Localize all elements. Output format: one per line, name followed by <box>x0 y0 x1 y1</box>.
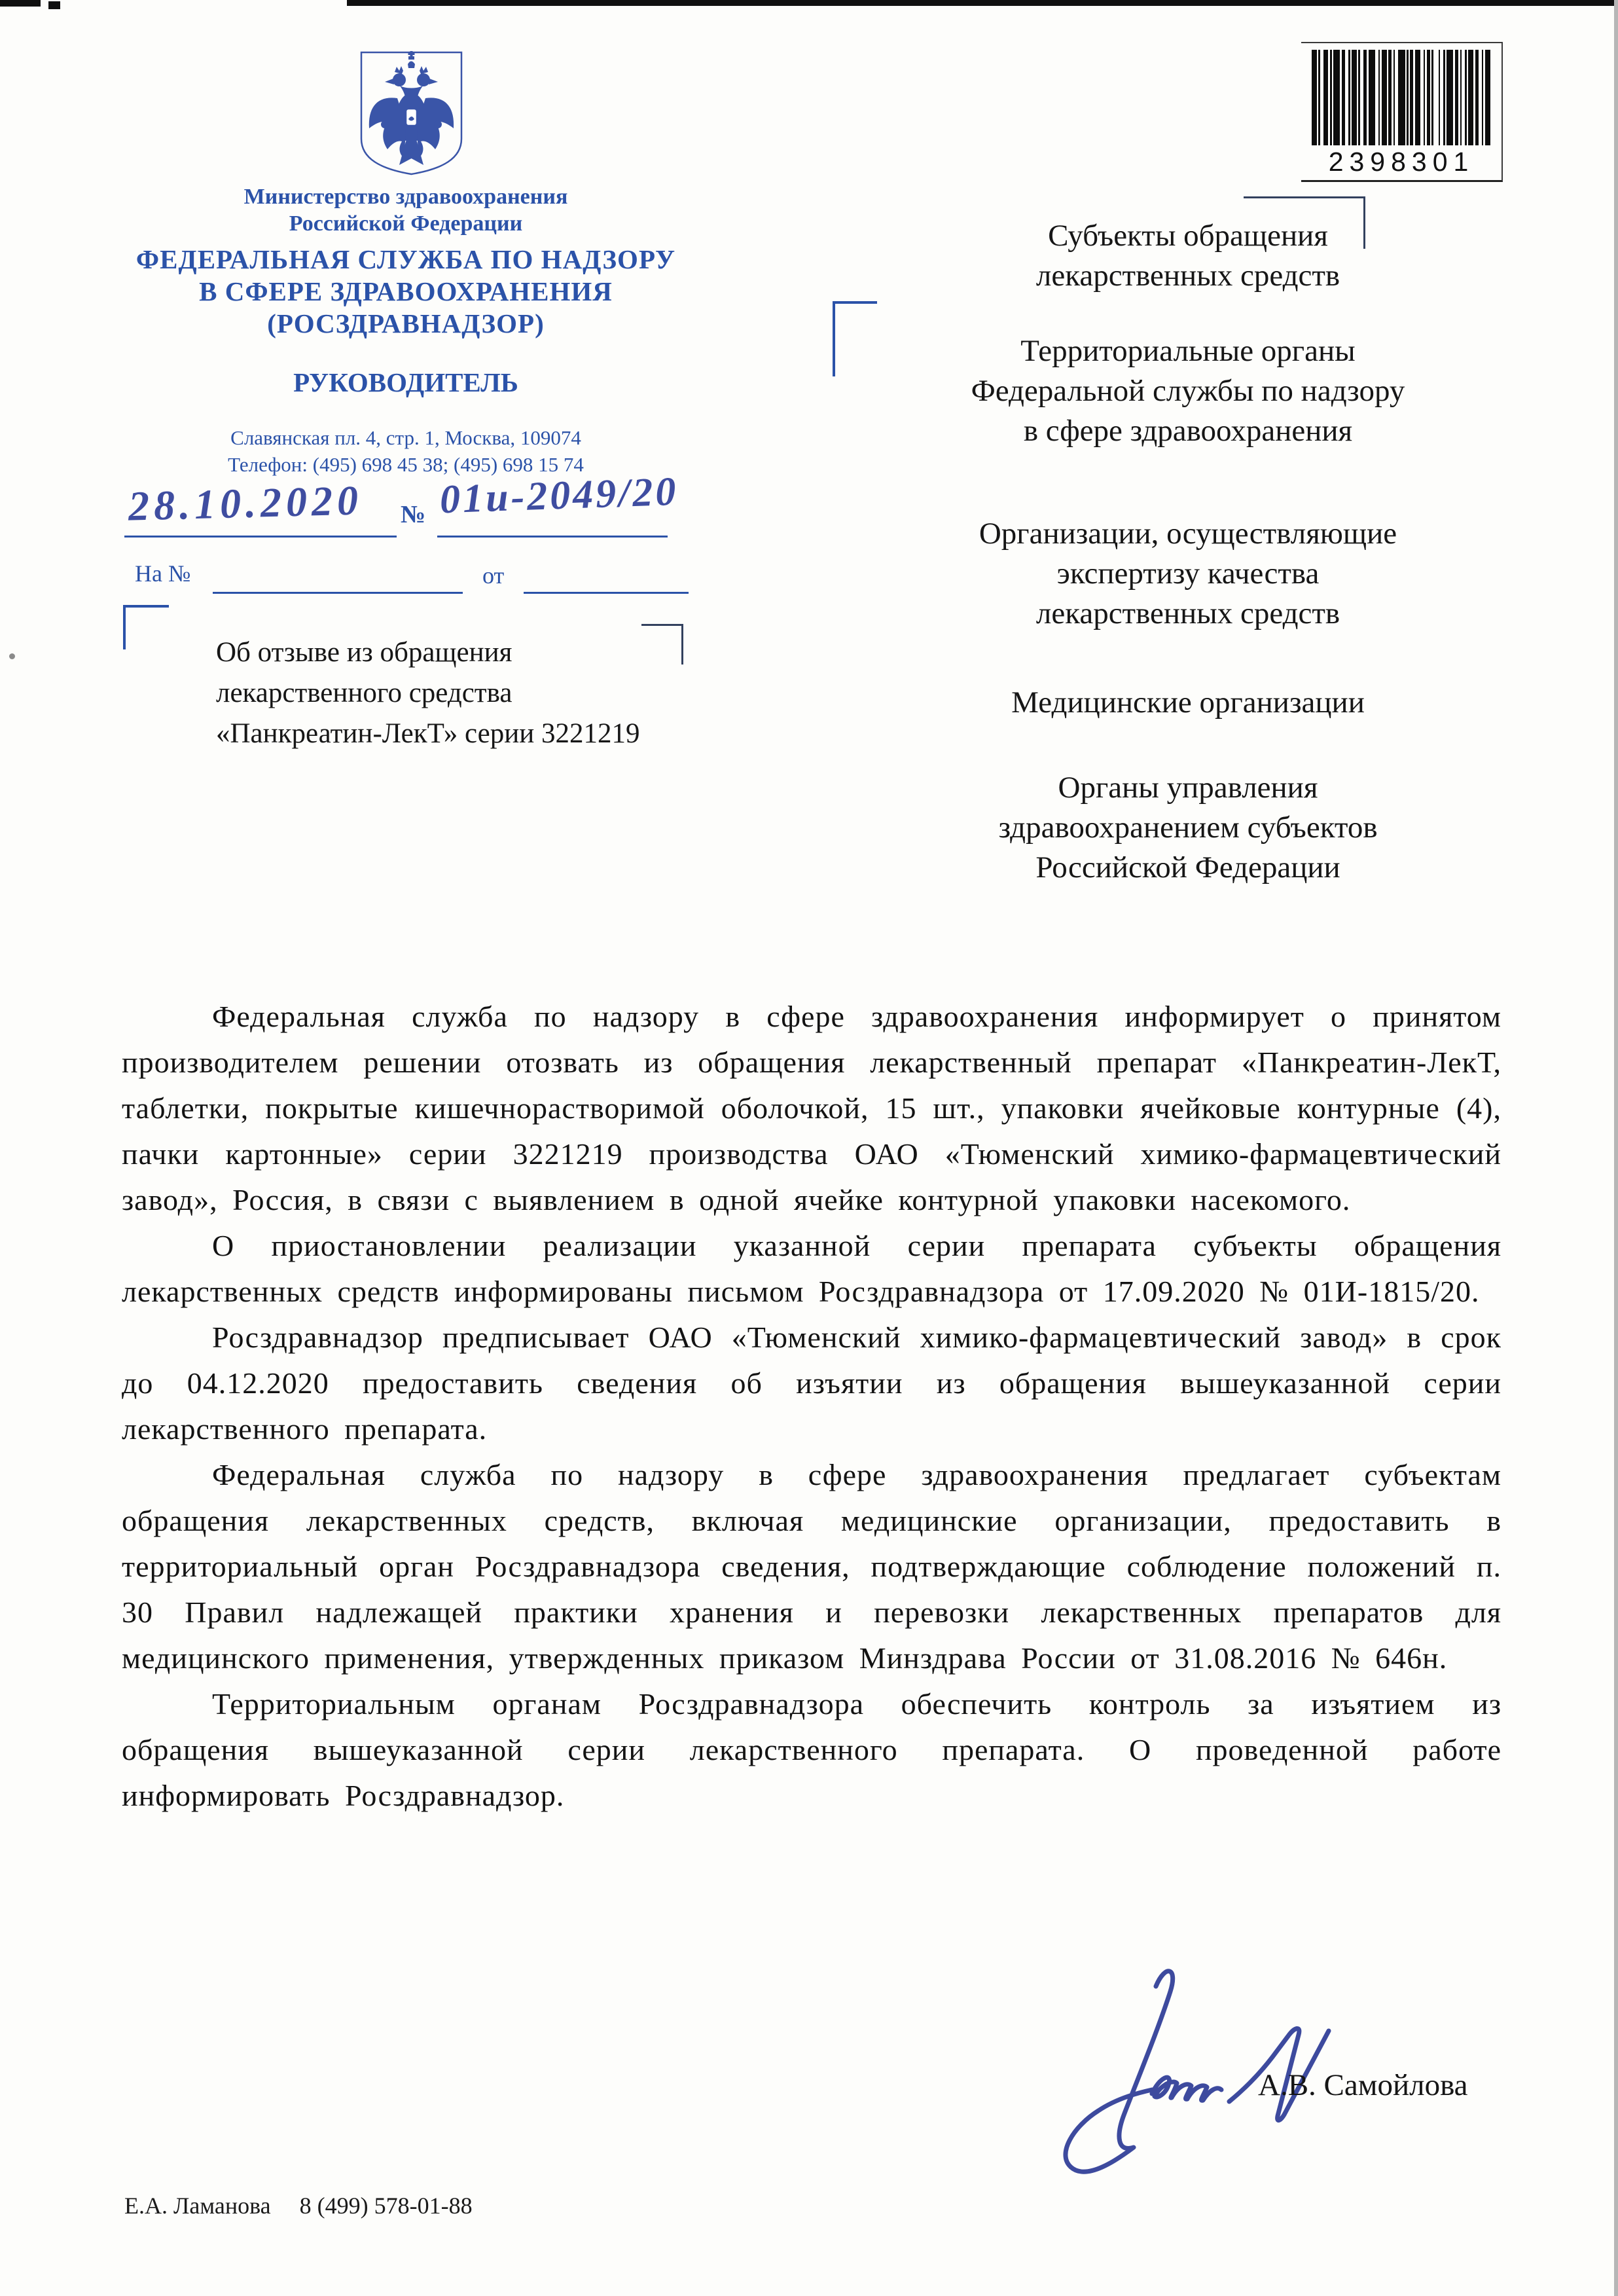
scan-artifact <box>347 0 1618 6</box>
scan-artifact <box>1614 0 1618 2296</box>
document-page: 2398301 Министерство здравоохранения Рос… <box>0 0 1618 2296</box>
barcode-bars <box>1312 50 1491 145</box>
body-paragraph: О приостановлении реализации указанной с… <box>122 1223 1501 1315</box>
ministry-name: Министерство здравоохранения Российской … <box>111 183 700 237</box>
corner-mark <box>123 605 126 649</box>
executor-line: Е.А. Ламанова8 (499) 578-01-88 <box>124 2192 473 2219</box>
number-underline <box>437 536 668 538</box>
recipient-group: Организации, осуществляющие экспертизу к… <box>900 514 1476 634</box>
corner-mark <box>641 624 683 626</box>
barcode: 2398301 <box>1301 42 1503 182</box>
corner-mark <box>833 301 877 304</box>
recipient-group: Субъекты обращения лекарственных средств <box>900 216 1476 296</box>
corner-mark <box>833 301 835 376</box>
reply-date-underline <box>524 592 689 594</box>
handwritten-date: 28.10.2020 <box>128 476 363 530</box>
reply-from-label: от <box>482 562 504 589</box>
russia-coat-of-arms-emblem <box>353 46 469 178</box>
recipient-group: Органы управления здравоохранением субъе… <box>900 768 1476 888</box>
letter-subject: Об отзыве из обращения лекарственного ср… <box>216 632 727 754</box>
letterhead-contacts: Славянская пл. 4, стр. 1, Москва, 109074… <box>111 424 700 478</box>
date-underline <box>124 536 397 538</box>
corner-mark <box>1244 196 1365 198</box>
recipient-group: Медицинские организации <box>900 683 1476 723</box>
barcode-number: 2398301 <box>1301 147 1501 177</box>
signer-name: А.В. Самойлова <box>1258 2068 1468 2103</box>
letter-body: Федеральная служба по надзору в сфере зд… <box>122 994 1501 1819</box>
scan-artifact <box>48 1 60 9</box>
body-paragraph: Федеральная служба по надзору в сфере зд… <box>122 1452 1501 1681</box>
service-name: ФЕДЕРАЛЬНАЯ СЛУЖБА ПО НАДЗОРУ В СФЕРЕ ЗД… <box>98 244 713 340</box>
executor-phone: 8 (499) 578-01-88 <box>300 2193 473 2219</box>
handwritten-outgoing-number: 01и-2049/20 <box>439 469 679 524</box>
scan-artifact <box>9 653 15 659</box>
number-sign: № <box>401 500 425 529</box>
reply-number-underline <box>213 592 463 594</box>
signer-position-title: РУКОВОДИТЕЛЬ <box>111 367 700 398</box>
executor-name: Е.А. Ламанова <box>124 2193 271 2219</box>
reply-to-label: На № <box>135 560 190 587</box>
corner-mark <box>123 605 169 608</box>
body-paragraph: Федеральная служба по надзору в сфере зд… <box>122 994 1501 1223</box>
body-paragraph: Росздравнадзор предписывает ОАО «Тюменск… <box>122 1315 1501 1452</box>
recipient-group: Территориальные органы Федеральной служб… <box>900 331 1476 451</box>
body-paragraph: Территориальным органам Росздравнадзора … <box>122 1681 1501 1819</box>
letterhead-address: Славянская пл. 4, стр. 1, Москва, 109074 <box>111 424 700 451</box>
scan-artifact <box>0 0 41 7</box>
